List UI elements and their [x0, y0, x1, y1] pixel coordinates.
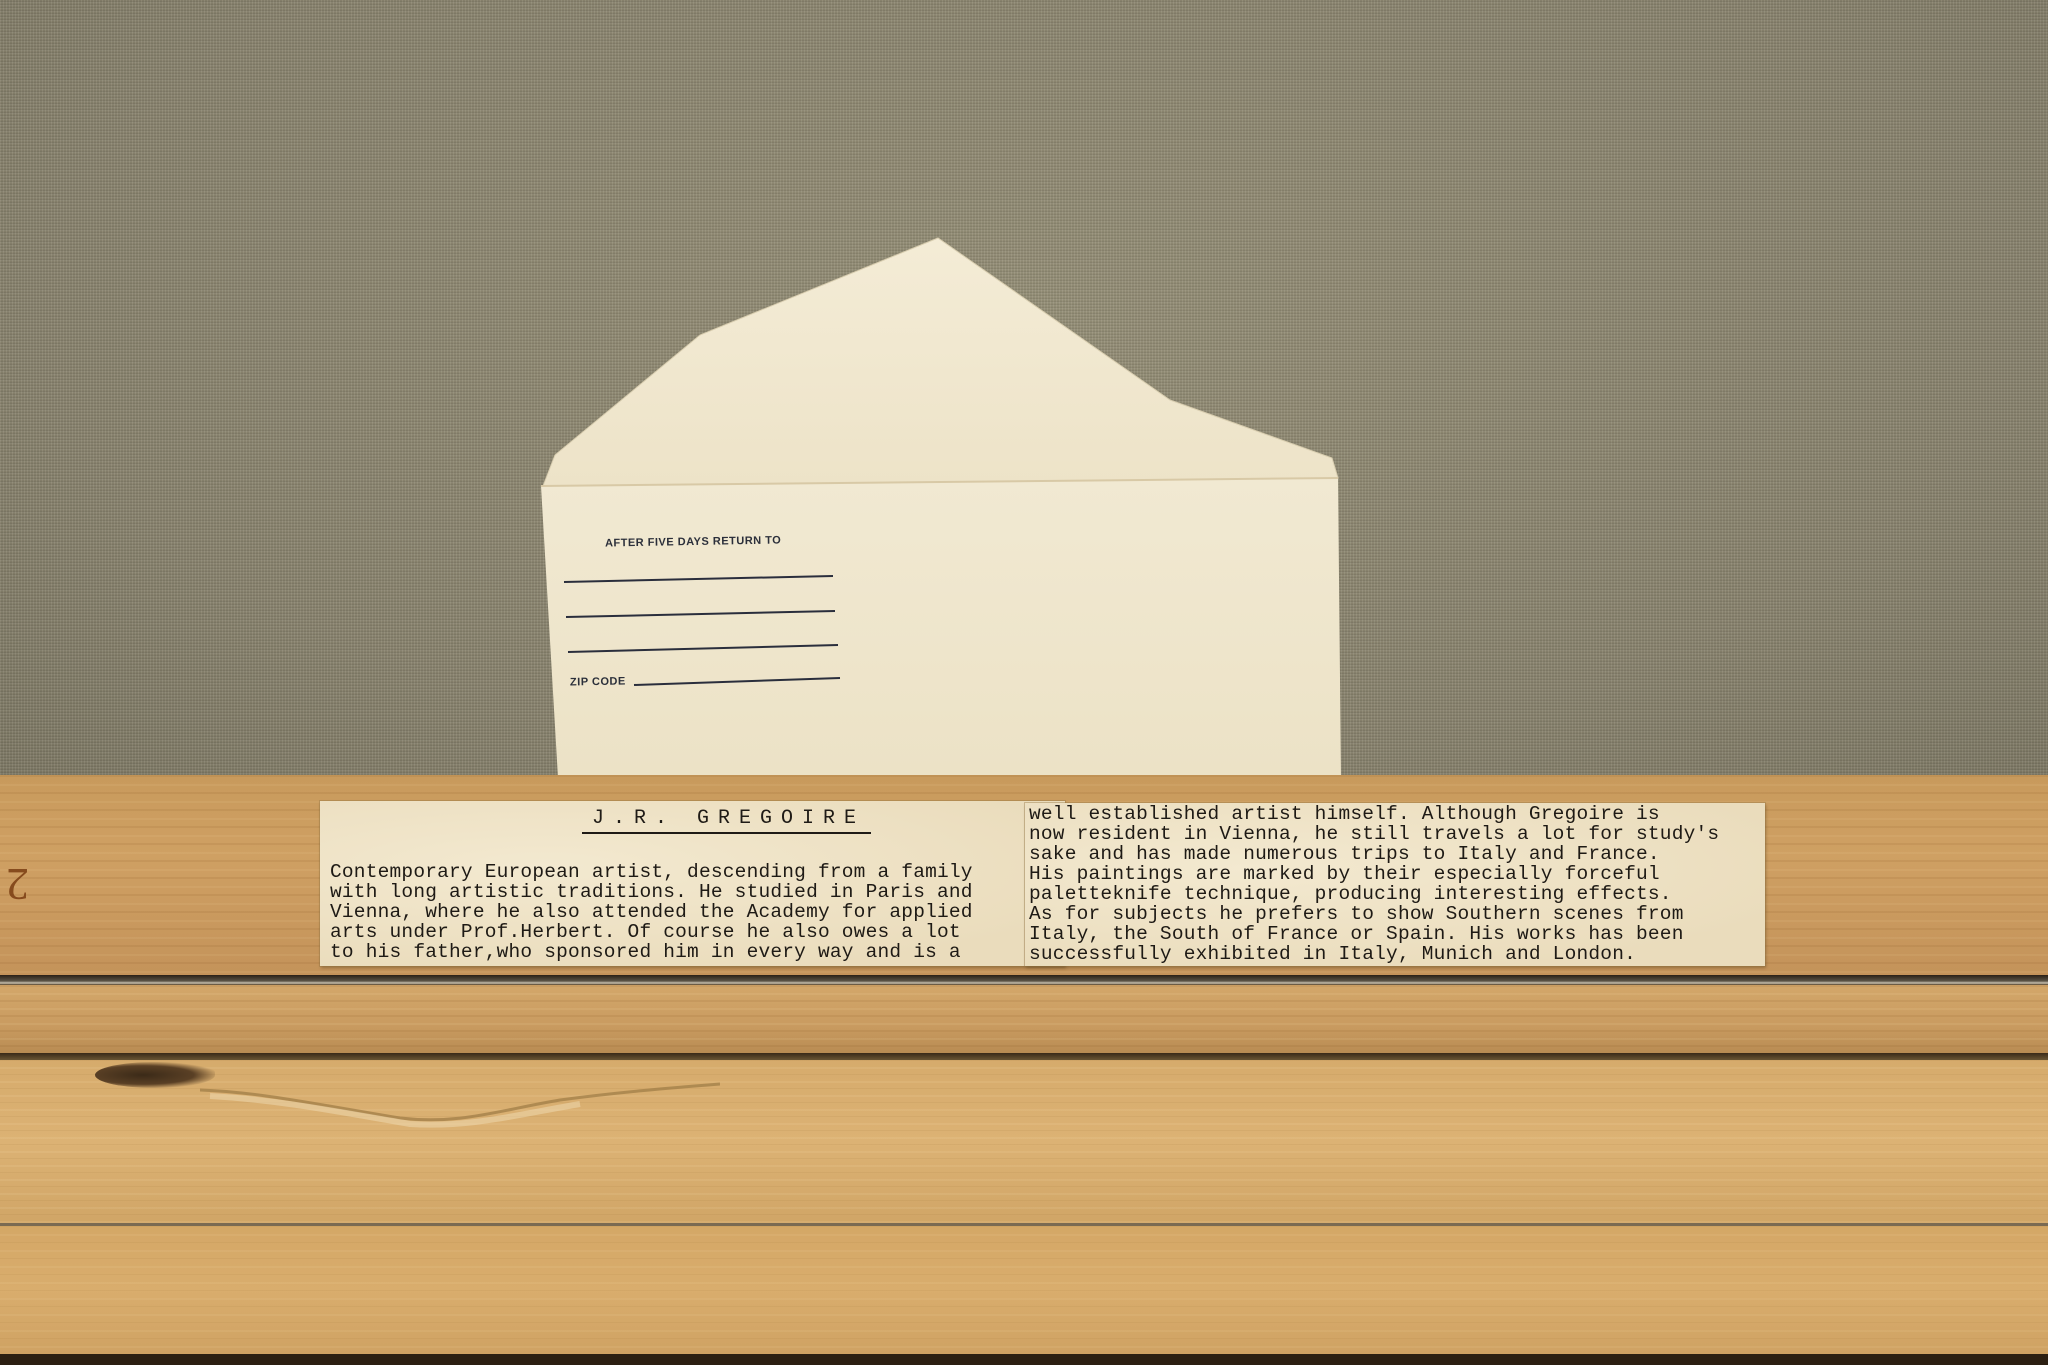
frame-bottom-edge — [0, 1354, 2048, 1365]
wood-splinter — [200, 1070, 720, 1130]
wood-knot — [95, 1062, 215, 1088]
envelope-body — [541, 478, 1341, 778]
stretcher-number-mark: 2 — [6, 858, 29, 911]
frame-gap — [0, 975, 2048, 985]
frame-board — [0, 985, 2048, 1053]
artist-name-title: J.R. GREGOIRE — [582, 807, 871, 834]
biography-label-left: J.R. GREGOIRE Contemporary European arti… — [320, 801, 1065, 966]
frame-gap — [0, 1053, 2048, 1060]
envelope-zip-label: ZIP CODE — [570, 676, 626, 689]
biography-text-left: Contemporary European artist, descending… — [330, 862, 973, 962]
envelope-flap — [543, 238, 1338, 486]
biography-label-right: well established artist himself. Althoug… — [1025, 803, 1765, 966]
biography-text-right: well established artist himself. Althoug… — [1029, 804, 1719, 964]
envelope — [0, 0, 2048, 780]
frame-board-bottom — [0, 1226, 2048, 1354]
